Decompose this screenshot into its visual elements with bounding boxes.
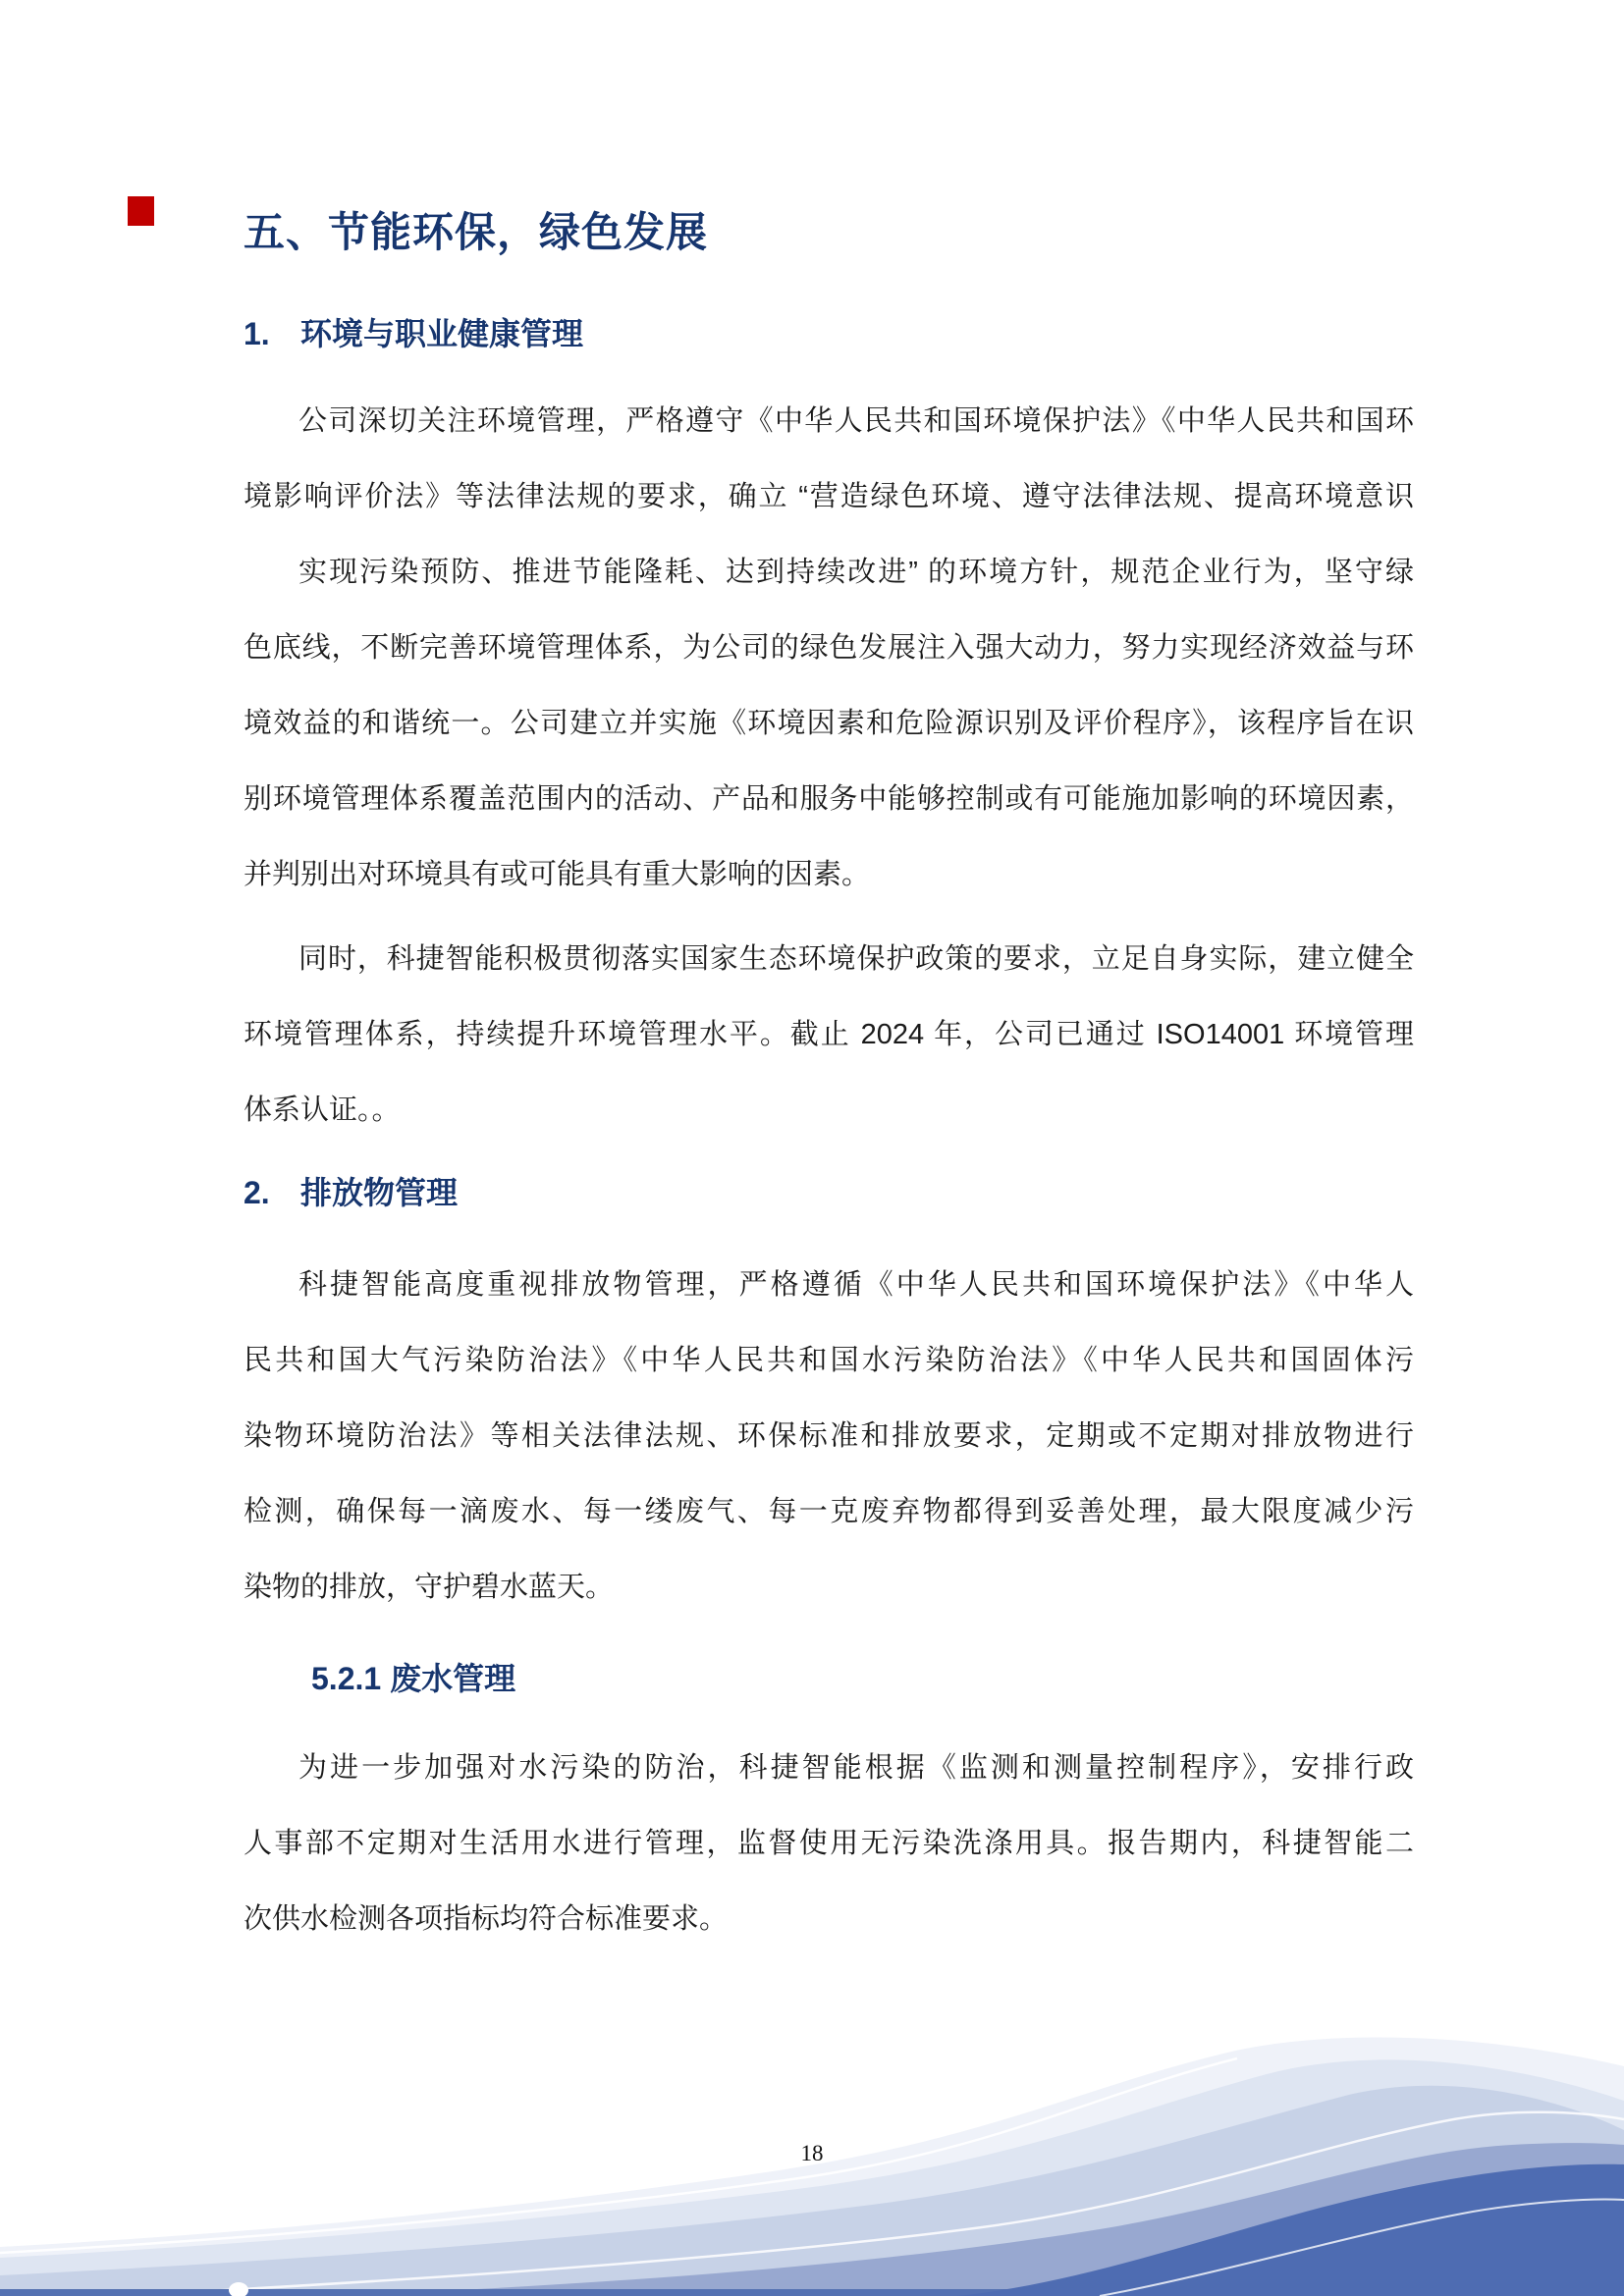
section-1-title: 环境与职业健康管理 — [300, 316, 583, 351]
paragraph-line: 并判别出对环境具有或可能具有重大影响的因素。 — [244, 837, 1414, 913]
paragraph-wastewater-management: 为进一步加强对水污染的防治，科捷智能根据《监测和测量控制程序》，安排行政 人事部… — [244, 1731, 1414, 1957]
paragraph-line: 检测，确保每一滴废水、每一缕废气、每一克废弃物都得到妥善处理，最大限度减少污 — [244, 1474, 1414, 1550]
paragraph-line: 实现污染预防、推进节能隆耗、达到持续改进” 的环境方针，规范企业行为，坚守绿 — [244, 535, 1414, 611]
paragraph-environment-management: 公司深切关注环境管理，严格遵守《中华人民共和国环境保护法》《中华人民共和国环 境… — [244, 384, 1414, 913]
paragraph-line: 色底线，不断完善环境管理体系，为公司的绿色发展注入强大动力，努力实现经济效益与环 — [244, 611, 1414, 686]
footer-wave-decoration — [0, 2002, 1624, 2296]
paragraph-line: 境影响评价法》等法律法规的要求，确立 “营造绿色环境、遵守法律法规、提高环境意识 — [244, 459, 1414, 535]
section-1-number: 1. — [244, 312, 300, 355]
paragraph-line: 别环境管理体系覆盖范围内的活动、产品和服务中能够控制或有可能施加影响的环境因素， — [244, 762, 1414, 837]
paragraph-line: 人事部不定期对生活用水进行管理，监督使用无污染洗涤用具。报告期内，科捷智能二 — [244, 1806, 1414, 1882]
subsection-wastewater-heading: 5.2.1 废水管理 — [311, 1657, 515, 1700]
paragraph-line: 次供水检测各项指标均符合标准要求。 — [244, 1882, 1414, 1957]
paragraph-iso-certification: 同时，科捷智能积极贯彻落实国家生态环境保护政策的要求，立足自身实际，建立健全 环… — [244, 922, 1414, 1148]
section-1-heading: 1.环境与职业健康管理 — [244, 312, 583, 355]
paragraph-line: 环境管理体系，持续提升环境管理水平。截止 2024 年，公司已通过 ISO140… — [244, 997, 1414, 1073]
paragraph-line: 体系认证。。 — [244, 1073, 1414, 1148]
paragraph-line: 公司深切关注环境管理，严格遵守《中华人民共和国环境保护法》《中华人民共和国环 — [244, 384, 1414, 459]
paragraph-emission-management: 科捷智能高度重视排放物管理，严格遵循《中华人民共和国环境保护法》《中华人 民共和… — [244, 1248, 1414, 1626]
section-2-number: 2. — [244, 1171, 300, 1214]
paragraph-line: 为进一步加强对水污染的防治，科捷智能根据《监测和测量控制程序》，安排行政 — [244, 1731, 1414, 1806]
paragraph-line: 境效益的和谐统一。公司建立并实施《环境因素和危险源识别及评价程序》，该程序旨在识 — [244, 686, 1414, 762]
section-2-heading: 2.排放物管理 — [244, 1171, 458, 1214]
chapter-title: 五、节能环保，绿色发展 — [244, 208, 708, 257]
section-2-title: 排放物管理 — [300, 1175, 458, 1210]
document-page: 五、节能环保，绿色发展 1.环境与职业健康管理 公司深切关注环境管理，严格遵守《… — [0, 0, 1624, 2296]
paragraph-line: 民共和国大气污染防治法》《中华人民共和国水污染防治法》《中华人民共和国固体污 — [244, 1323, 1414, 1399]
paragraph-line: 染物的排放，守护碧水蓝天。 — [244, 1550, 1414, 1626]
red-annotation-marker — [128, 196, 154, 226]
paragraph-line: 科捷智能高度重视排放物管理，严格遵循《中华人民共和国环境保护法》《中华人 — [244, 1248, 1414, 1323]
paragraph-line: 染物环境防治法》等相关法律法规、环保标准和排放要求，定期或不定期对排放物进行 — [244, 1399, 1414, 1474]
paragraph-line: 同时，科捷智能积极贯彻落实国家生态环境保护政策的要求，立足自身实际，建立健全 — [244, 922, 1414, 997]
